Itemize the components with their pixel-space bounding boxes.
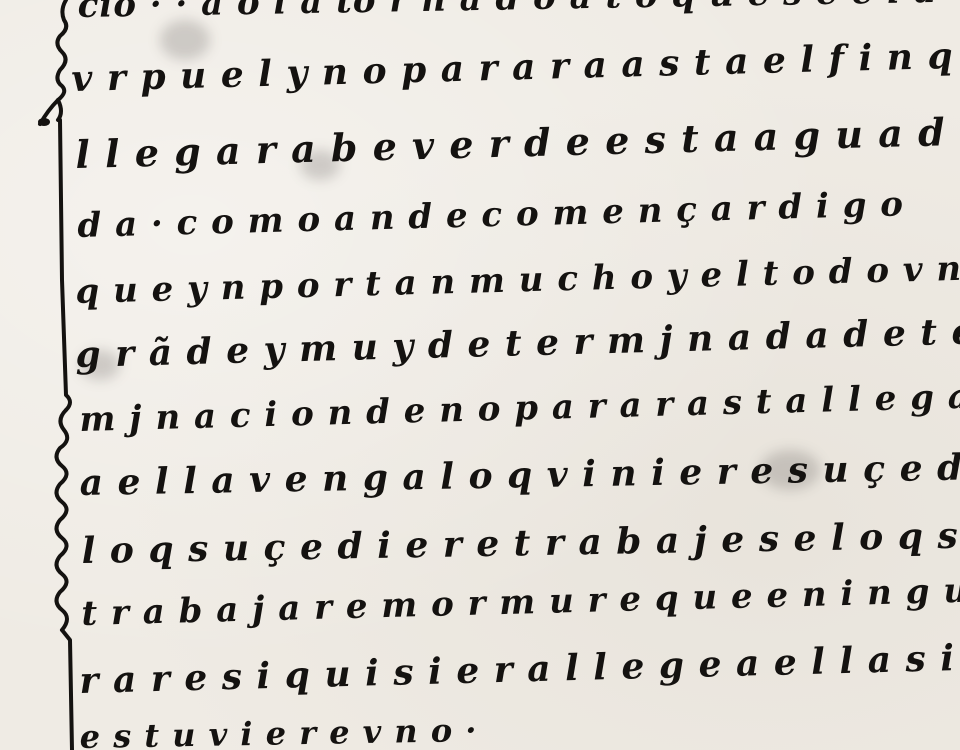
- manuscript-line-3: l l e g a r a b e v e r d e e s t a a g …: [75, 106, 960, 177]
- manuscript-line-7: m j n a c i o n d e n o p a r a r a s t …: [79, 376, 960, 440]
- manuscript-line-6: g r ã d e y m u y d e t e r m j n a d a …: [75, 310, 960, 376]
- manuscript-line-2: v r p u e l y n o p a r a r a a s t a e …: [71, 31, 960, 100]
- manuscript-line-8: a e l l a v e n g a l o q v i n i e r e …: [79, 446, 960, 504]
- manuscript-line-5: q u e y n p o r t a n m u c h o y e l t …: [75, 248, 960, 312]
- manuscript-text: cio · · a o i a to r n a d o a t o q u e…: [0, 0, 960, 750]
- manuscript-line-9: l o q s u ç e d i e r e t r a b a j e s …: [81, 514, 960, 572]
- manuscript-page: cio · · a o i a to r n a d o a t o q u e…: [0, 0, 960, 750]
- manuscript-line-1: cio · · a o i a to r n a d o a t o q u e…: [77, 0, 937, 26]
- manuscript-line-12: e s t u v i e r e v n o ·: [79, 711, 477, 750]
- manuscript-line-10: t r a b a j a r e m o r m u r e q u e e …: [81, 570, 960, 634]
- manuscript-line-11: r a r e s i q u i s i e r a l l e g e a …: [79, 634, 960, 702]
- manuscript-line-4: d a · c o m o a n d e c o m e n ç a r d …: [77, 184, 904, 246]
